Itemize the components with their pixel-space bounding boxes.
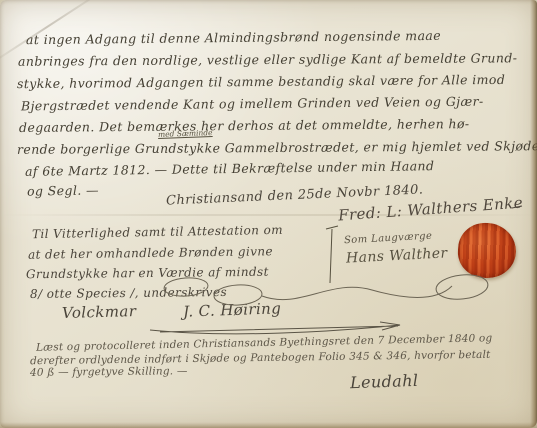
scanned-paper-sheet: at ingen Adgang til denne Almindingsbrøn… [0, 0, 537, 428]
attestation-line: Grundstykke har en Værdie af mindst [26, 265, 269, 282]
paper-edge-shadow [530, 0, 537, 428]
manuscript-line: og Segl. — [27, 182, 99, 198]
registration-line: 40 ß — fyrgetyve Skilling. — [30, 365, 188, 379]
attestation-line: 8/ otte Species /, underskrives [30, 285, 227, 301]
manuscript-line: at ingen Adgang til denne Almindingsbrøn… [26, 28, 441, 47]
guardian-signature: Hans Walther [346, 245, 448, 266]
manuscript-line: rende borgerlige Grundstykke Gammelbrost… [17, 138, 537, 157]
attestation-line: at det her omhandlede Brønden givne [28, 244, 273, 261]
witness-signature: Volckmar [62, 302, 137, 322]
manuscript-line: af 6te Martz 1812. — Dette til Bekræftel… [25, 158, 435, 179]
paper-edge-shadow [0, 422, 537, 428]
manuscript-line: stykke, hvorimod Adgangen til samme best… [17, 72, 505, 91]
manuscript-line: degaarden. Det bemærkes her derhos at de… [19, 116, 470, 135]
manuscript-line: Bjergstrædet vendende Kant og imellem Gr… [21, 94, 484, 114]
attestation-line: Til Vitterlighed samt til Attestation om [32, 223, 283, 241]
interlinear-insertion: med Sæminde [158, 128, 213, 139]
witness-signature: J. C. Høiring [183, 299, 282, 320]
red-wax-seal [456, 221, 518, 280]
registrar-signature: Leudahl [350, 371, 419, 392]
manuscript-line: anbringes fra den nordlige, vestlige ell… [18, 50, 517, 68]
guardian-role-label: Som Laugværge [344, 231, 433, 247]
